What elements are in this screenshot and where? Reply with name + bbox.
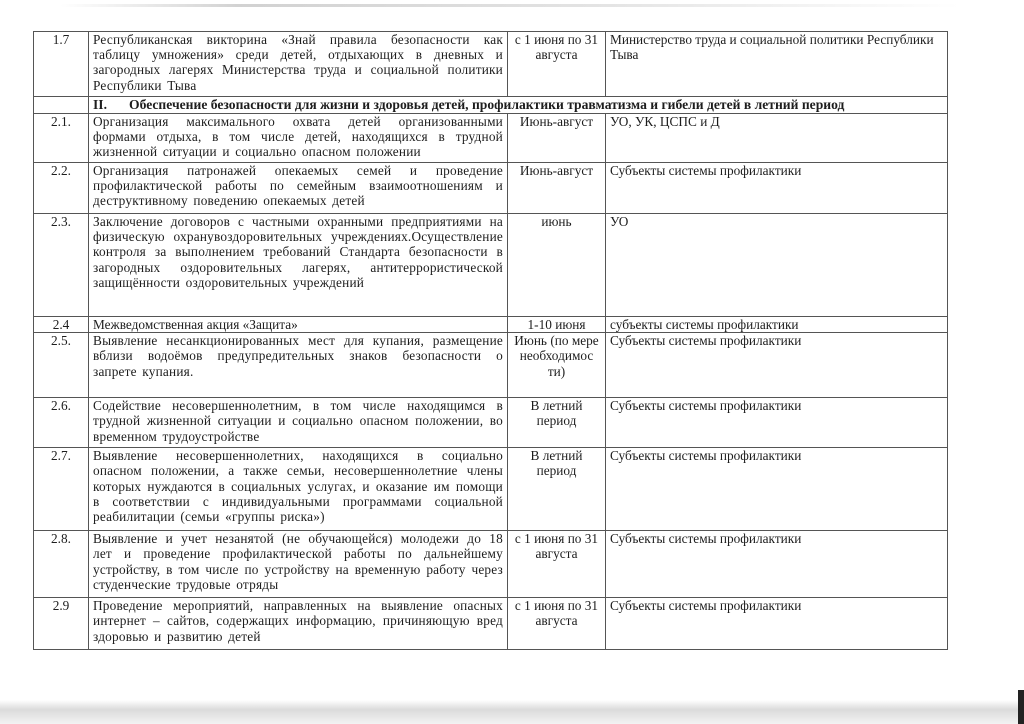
section-title-text: Обеспечение безопасности для жизни и здо… bbox=[129, 97, 844, 112]
activity-description: Выявление несанкционированных мест для к… bbox=[89, 333, 508, 398]
table-row: 2.9 Проведение мероприятий, направленных… bbox=[34, 598, 948, 650]
responsible: Субъекты системы профилактики bbox=[606, 398, 948, 448]
activity-description: Организация максимального охвата детей о… bbox=[89, 114, 508, 163]
item-number: 2.1. bbox=[34, 114, 89, 163]
section-roman-numeral: II. bbox=[93, 97, 129, 112]
period: июнь bbox=[508, 214, 606, 317]
responsible: Субъекты системы профилактики bbox=[606, 598, 948, 650]
period: Июнь-август bbox=[508, 163, 606, 214]
responsible: Субъекты системы профилактики bbox=[606, 333, 948, 398]
activity-description: Республиканская викторина «Знай правила … bbox=[89, 32, 508, 97]
period: с 1 июня по 31 августа bbox=[508, 598, 606, 650]
responsible: Субъекты системы профилактики bbox=[606, 163, 948, 214]
section-number-cell bbox=[34, 97, 89, 114]
table-row: 2.6. Содействие несовершеннолетним, в то… bbox=[34, 398, 948, 448]
item-number: 2.3. bbox=[34, 214, 89, 317]
table-row: 1.7 Республиканская викторина «Знай прав… bbox=[34, 32, 948, 97]
item-number: 1.7 bbox=[34, 32, 89, 97]
responsible: Субъекты системы профилактики bbox=[606, 448, 948, 531]
scan-shadow-top bbox=[60, 4, 960, 7]
activity-description: Выявление несовершеннолетних, находящихс… bbox=[89, 448, 508, 531]
table-row: 2.8. Выявление и учет незанятой (не обуч… bbox=[34, 531, 948, 598]
section-header-row: II.Обеспечение безопасности для жизни и … bbox=[34, 97, 948, 114]
activity-description: Организация патронажей опекаемых семей и… bbox=[89, 163, 508, 214]
activity-description: Проведение мероприятий, направленных на … bbox=[89, 598, 508, 650]
period: В летний период bbox=[508, 398, 606, 448]
item-number: 2.6. bbox=[34, 398, 89, 448]
period: 1-10 июня bbox=[508, 317, 606, 333]
activity-description: Заключение договоров с частными охранным… bbox=[89, 214, 508, 317]
action-plan-table: 1.7 Республиканская викторина «Знай прав… bbox=[33, 31, 948, 650]
scan-shadow-corner bbox=[1018, 690, 1024, 724]
responsible: УО bbox=[606, 214, 948, 317]
table-row: 2.5. Выявление несанкционированных мест … bbox=[34, 333, 948, 398]
scan-shadow-bottom bbox=[0, 700, 1024, 724]
responsible: Субъекты системы профилактики bbox=[606, 531, 948, 598]
period: с 1 июня по 31 августа bbox=[508, 531, 606, 598]
item-number: 2.4 bbox=[34, 317, 89, 333]
item-number: 2.8. bbox=[34, 531, 89, 598]
item-number: 2.9 bbox=[34, 598, 89, 650]
responsible: УО, УК, ЦСПС и Д bbox=[606, 114, 948, 163]
item-number: 2.2. bbox=[34, 163, 89, 214]
table-row: 2.3. Заключение договоров с частными охр… bbox=[34, 214, 948, 317]
activity-description: Содействие несовершеннолетним, в том чис… bbox=[89, 398, 508, 448]
responsible: Министерство труда и социальной политики… bbox=[606, 32, 948, 97]
table-row: 2.4 Межведомственная акция «Защита» 1-10… bbox=[34, 317, 948, 333]
table-row: 2.1. Организация максимального охвата де… bbox=[34, 114, 948, 163]
responsible: субъекты системы профилактики bbox=[606, 317, 948, 333]
section-title: II.Обеспечение безопасности для жизни и … bbox=[89, 97, 948, 114]
period: В летний период bbox=[508, 448, 606, 531]
table-row: 2.2. Организация патронажей опекаемых се… bbox=[34, 163, 948, 214]
activity-description: Выявление и учет незанятой (не обучающей… bbox=[89, 531, 508, 598]
period: Июнь (по мере необходимос ти) bbox=[508, 333, 606, 398]
activity-description: Межведомственная акция «Защита» bbox=[89, 317, 508, 333]
item-number: 2.5. bbox=[34, 333, 89, 398]
item-number: 2.7. bbox=[34, 448, 89, 531]
period: Июнь-август bbox=[508, 114, 606, 163]
period: с 1 июня по 31 августа bbox=[508, 32, 606, 97]
table-row: 2.7. Выявление несовершеннолетних, наход… bbox=[34, 448, 948, 531]
